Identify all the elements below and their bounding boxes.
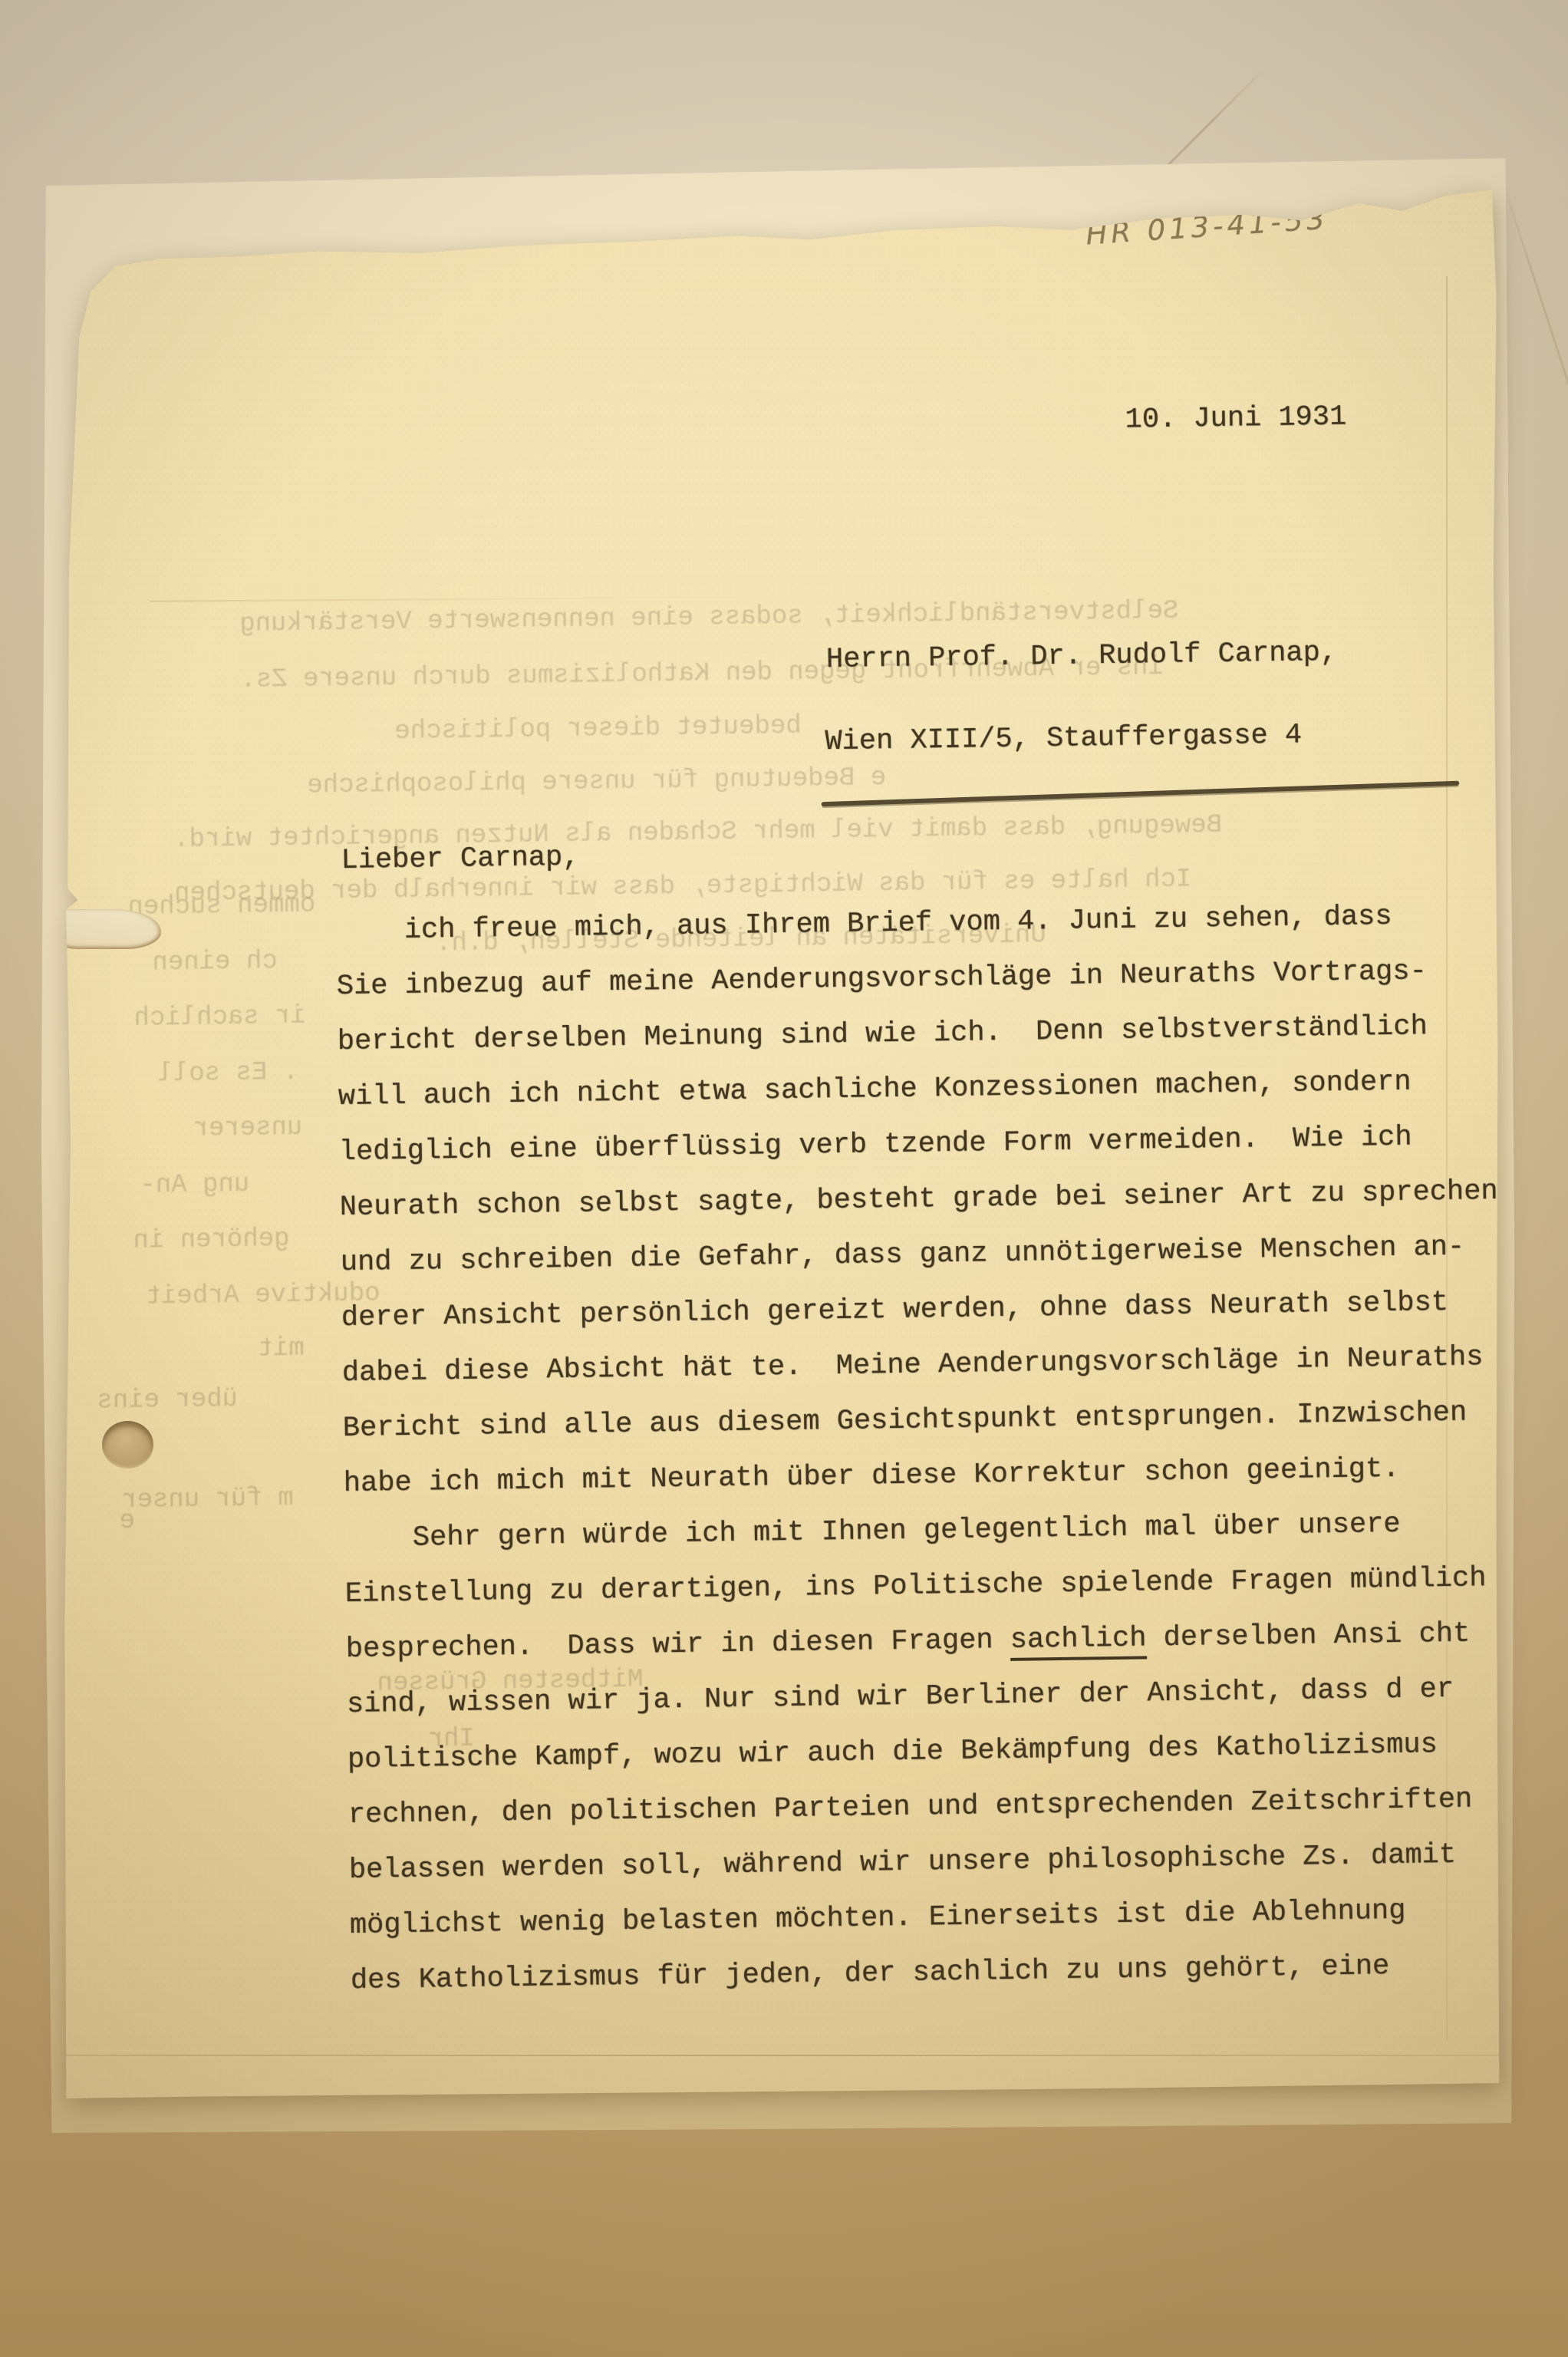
bleed-through-text: gehören in — [133, 1225, 290, 1256]
bleed-through-text: Bewegung, dass damit viel mehr Schaden a… — [173, 811, 1222, 855]
address-underline — [822, 781, 1460, 807]
bleed-through-text: über eins — [97, 1385, 238, 1416]
bleed-through-text: m für unser — [121, 1484, 294, 1515]
letter-body: ich freue mich, aus Ihrem Brief vom 4. J… — [335, 888, 1509, 2009]
bleed-through-text: e Bedeutung für unsere philosophische — [307, 763, 886, 801]
bleed-through-text: bedeutet dieser politische — [394, 712, 802, 747]
underlined-word: sachlich — [1010, 1622, 1147, 1660]
scanned-letter-photo: { "annotation": { "text": "HR 013-41-53"… — [0, 0, 1568, 2357]
letter-date: 10. Juni 1931 — [1125, 390, 1347, 448]
desk-crease — [1501, 180, 1568, 487]
letter-content: Selbstverständlichkeit, sodass eine nenn… — [45, 174, 1518, 2108]
punch-hole — [102, 1421, 153, 1469]
bleed-through-text: unserer — [193, 1113, 302, 1144]
paragraph: ich freue mich, aus Ihrem Brief vom 4. J… — [335, 888, 1502, 1511]
letter-page-wrap: Selbstverständlichkeit, sodass eine nenn… — [58, 184, 1504, 2098]
bleed-through-text: e — [119, 1507, 135, 1536]
letter-page: Selbstverständlichkeit, sodass eine nenn… — [58, 184, 1504, 2098]
salutation: Lieber Carnap, — [341, 830, 580, 888]
bleed-through-text: ir sachlich — [133, 1002, 306, 1033]
bleed-through-text: ch einen — [152, 947, 278, 977]
bleed-through-text: . Es soll — [157, 1058, 298, 1089]
recipient-line-1: Herrn Prof. Dr. Rudolf Carnap, — [825, 625, 1337, 687]
bleed-through-text: ung An- — [140, 1170, 249, 1201]
bleed-through-text: mit — [257, 1334, 305, 1364]
paragraph: Sehr gern würde ich mit Ihnen gelegentli… — [344, 1495, 1509, 2009]
archival-annotation: HR 013-41-53 — [1085, 203, 1329, 252]
recipient-line-2: Wien XIII/5, Stauffergasse 4 — [825, 707, 1303, 770]
paper-tear-chip — [55, 909, 161, 949]
bleed-through-text: ommen suchen — [127, 890, 315, 921]
